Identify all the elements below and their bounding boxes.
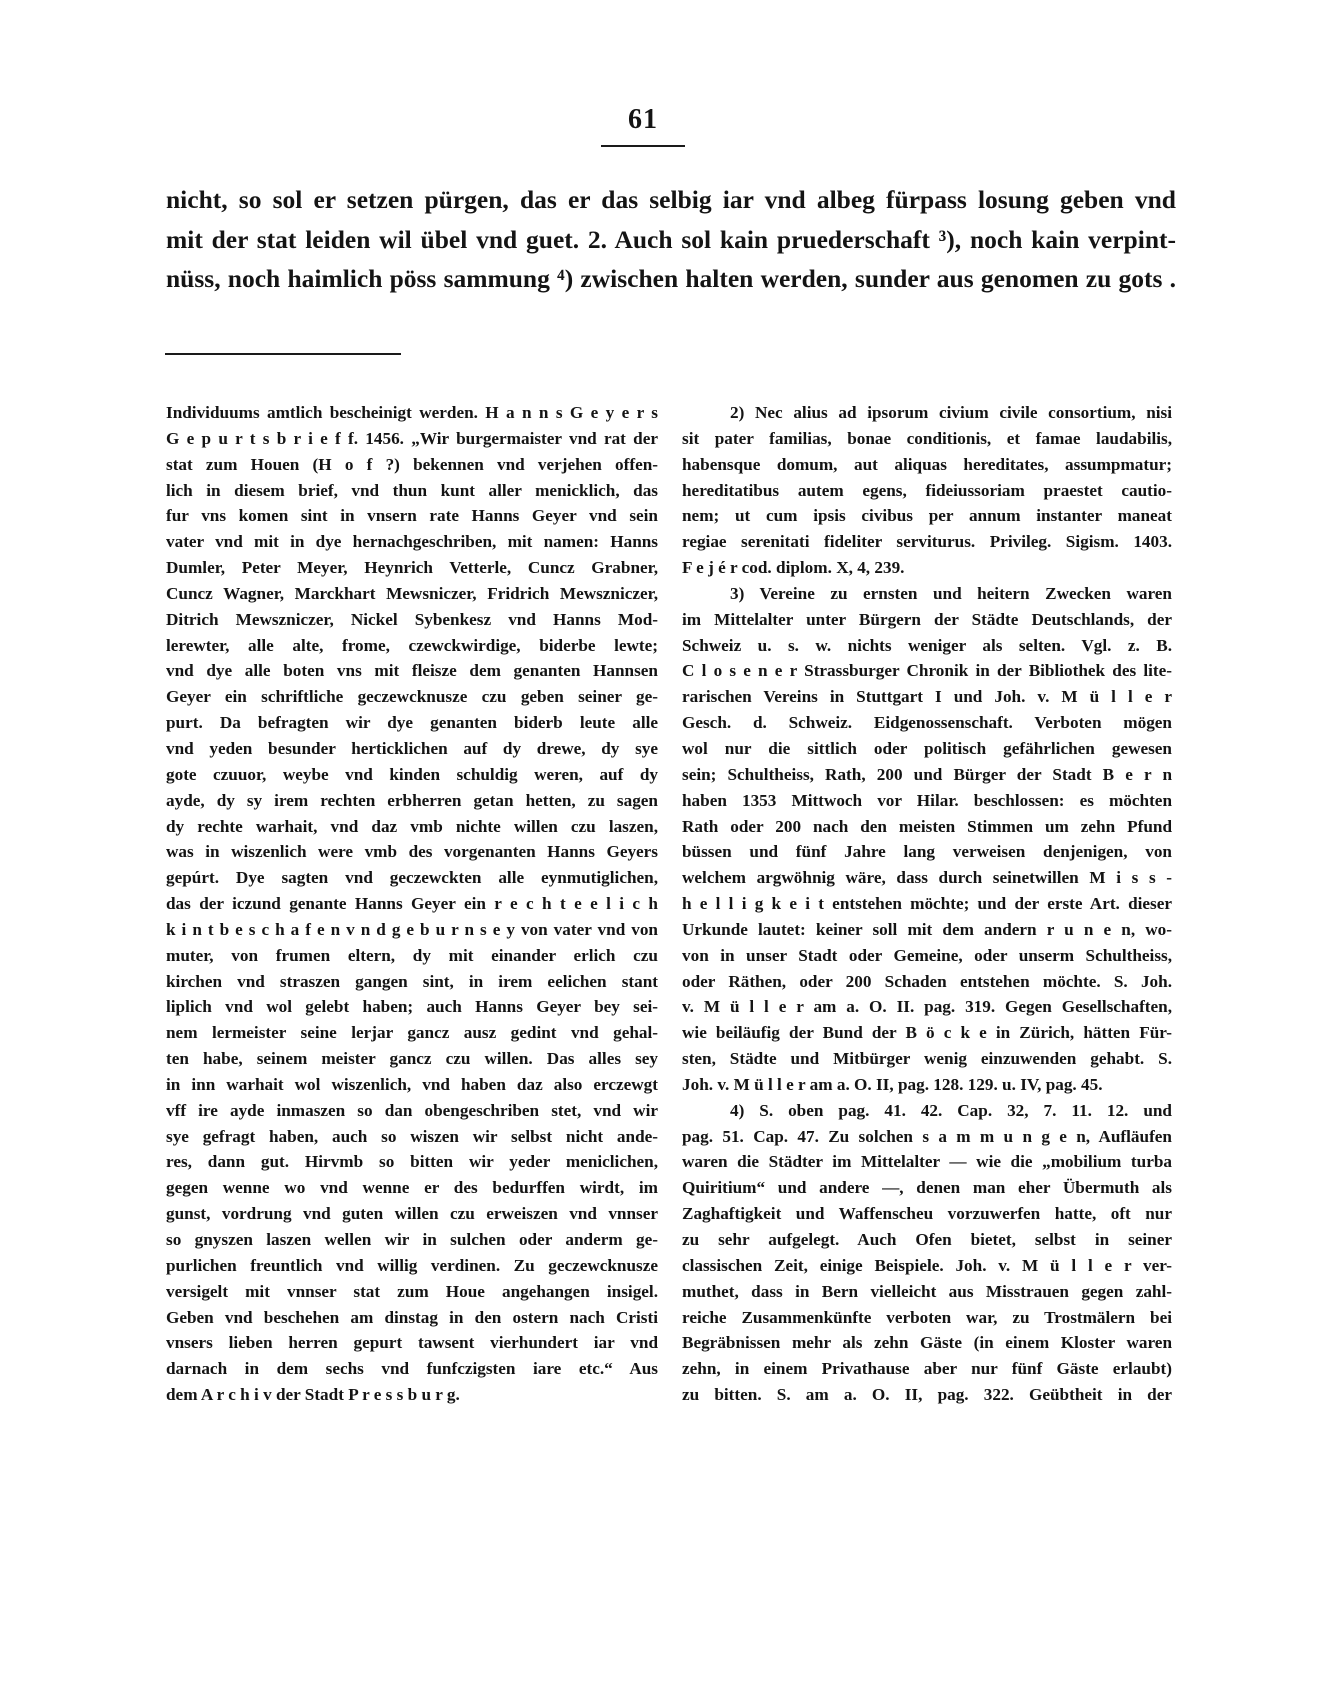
- footnote-line: Schweiz u. s. w. nichts weniger als selt…: [682, 633, 1172, 659]
- footnote-line: muter, von frumen eltern, dy mit einande…: [166, 943, 658, 969]
- footnote-line: pag. 51. Cap. 47. Zu solchen s a m m u n…: [682, 1124, 1172, 1150]
- footnote-line: liplich vnd wol gelebt haben; auch Hanns…: [166, 994, 658, 1020]
- footnote-line: wol nur die sittlich oder politisch gefä…: [682, 736, 1172, 762]
- footnote-line: büssen und fünf Jahre lang verweisen den…: [682, 839, 1172, 865]
- footnote-line: ten habe, seinem meister gancz czu wille…: [166, 1046, 658, 1072]
- footnote-line: Geyer ein schriftliche geczewcknusze czu…: [166, 684, 658, 710]
- footnote-line: zu sehr aufgelegt. Auch Ofen bietet, sel…: [682, 1227, 1172, 1253]
- footnote-line: gote czuuor, weybe vnd kinden schuldig w…: [166, 762, 658, 788]
- footnote-line: v. M ü l l e r am a. O. II. pag. 319. Ge…: [682, 994, 1172, 1020]
- footnote-line: fur vns komen sint in vnsern rate Hanns …: [166, 503, 658, 529]
- footnote-line: versigelt mit vnnser stat zum Houe angeh…: [166, 1279, 658, 1305]
- footnote-line: gunst, vordrung vnd guten willen czu erw…: [166, 1201, 658, 1227]
- footnote-line: habensque domum, aut aliquas hereditates…: [682, 452, 1172, 478]
- footnote-line: lerewter, alle alte, frome, czewckwirdig…: [166, 633, 658, 659]
- page-number: 61: [600, 104, 686, 136]
- footnote-line: im Mittelalter unter Bürgern der Städte …: [682, 607, 1172, 633]
- footnote-line: Zaghaftigkeit und Waffenscheu vorzuwerfe…: [682, 1201, 1172, 1227]
- footnote-line: vnd yeden besunder herticklichen auf dy …: [166, 736, 658, 762]
- footnote-line: in inn warhait wol wiszenlich, vnd haben…: [166, 1072, 658, 1098]
- main-text-line: nicht, so sol er setzen pürgen, das er d…: [166, 180, 1176, 220]
- footnote-line: hereditatibus autem egens, fideiussoriam…: [682, 478, 1172, 504]
- footnote-line: sye gefragt haben, auch so wiszen wir se…: [166, 1124, 658, 1150]
- footnote-line: F e j é r cod. diplom. X, 4, 239.: [682, 555, 1172, 581]
- main-text-line: nüss, noch haimlich pöss sammung ⁴) zwis…: [166, 259, 1176, 299]
- footnote-line: Urkunde lautet: keiner soll mit dem ande…: [682, 917, 1172, 943]
- footnote-line: Individuums amtlich bescheinigt werden. …: [166, 400, 658, 426]
- footnote-line: vnsers lieben herren gepurt tawsent vier…: [166, 1330, 658, 1356]
- footnote-line: lich in diesem brief, vnd thun kunt alle…: [166, 478, 658, 504]
- footnote-line: welchem argwöhnig wäre, dass durch seine…: [682, 865, 1172, 891]
- footnote-line: Joh. v. M ü l l e r am a. O. II, pag. 12…: [682, 1072, 1172, 1098]
- footnote-line: nem; ut cum ipsis civibus per annum inst…: [682, 503, 1172, 529]
- page-number-rule: [601, 145, 685, 147]
- footnote-line: dy rechte warhait, vnd daz vmb nichte wi…: [166, 814, 658, 840]
- footnote-line: Ditrich Mewszniczer, Nickel Sybenkesz vn…: [166, 607, 658, 633]
- footnote-line: C l o s e n e r Strassburger Chronik in …: [682, 658, 1172, 684]
- footnote-line: so gnyszen laszen wellen wir in sulchen …: [166, 1227, 658, 1253]
- footnote-line: muthet, dass in Bern vielleicht aus Miss…: [682, 1279, 1172, 1305]
- footnote-line: was in wiszenlich were vmb des vorgenant…: [166, 839, 658, 865]
- footnote-line: vff ire ayde inmaszen so dan obengeschri…: [166, 1098, 658, 1124]
- footnote-line: nem lermeister seine lerjar gancz ausz g…: [166, 1020, 658, 1046]
- footnote-line: sein; Schultheiss, Rath, 200 und Bürger …: [682, 762, 1172, 788]
- footnote-line: darnach in dem sechs vnd funfczigsten ia…: [166, 1356, 658, 1382]
- footnote-line: Quiritium“ und andere —, denen man eher …: [682, 1175, 1172, 1201]
- footnote-line: k i n t b e s c h a f e n v n d g e b u …: [166, 917, 658, 943]
- footnote-line: zu bitten. S. am a. O. II, pag. 322. Geü…: [682, 1382, 1172, 1408]
- footnote-line: ayde, dy sy irem rechten erbherren getan…: [166, 788, 658, 814]
- footnote-line: Geben vnd beschehen am dinstag in den os…: [166, 1305, 658, 1331]
- footnote-line: gegen wenne wo vnd wenne er des bedurffe…: [166, 1175, 658, 1201]
- footnote-line: purlichen freuntlich vnd willig verdinen…: [166, 1253, 658, 1279]
- footnote-line: Cuncz Wagner, Marckhart Mewsniczer, Frid…: [166, 581, 658, 607]
- footnote-line: haben 1353 Mittwoch vor Hilar. beschloss…: [682, 788, 1172, 814]
- footnote-line: G e p u r t s b r i e f f. 1456. „Wir bu…: [166, 426, 658, 452]
- footnotes-right-column: 2) Nec alius ad ipsorum civium civile co…: [682, 400, 1172, 1408]
- footnote-line: das der iczund genante Hanns Geyer ein r…: [166, 891, 658, 917]
- footnote-line: zehn, in einem Privathause aber nur fünf…: [682, 1356, 1172, 1382]
- footnote-line: 3) Vereine zu ernsten und heitern Zwecke…: [682, 581, 1172, 607]
- footnote-line: regiae serenitati fideliter serviturus. …: [682, 529, 1172, 555]
- footnote-line: Rath oder 200 nach den meisten Stimmen u…: [682, 814, 1172, 840]
- footnote-line: Gesch. d. Schweiz. Eidgenossenschaft. Ve…: [682, 710, 1172, 736]
- footnote-line: kirchen vnd straszen gangen sint, in ire…: [166, 969, 658, 995]
- footnote-line: oder Räthen, oder 200 Schaden entstehen …: [682, 969, 1172, 995]
- footnote-line: h e l l i g k e i t entstehen möchte; un…: [682, 891, 1172, 917]
- footnote-line: res, dann gut. Hirvmb so bitten wir yede…: [166, 1149, 658, 1175]
- footnote-line: wie beiläufig der Bund der B ö c k e in …: [682, 1020, 1172, 1046]
- footnote-line: rarischen Vereins in Stuttgart I und Joh…: [682, 684, 1172, 710]
- footnote-line: waren die Städter im Mittelalter — wie d…: [682, 1149, 1172, 1175]
- footnote-line: classischen Zeit, einige Beispiele. Joh.…: [682, 1253, 1172, 1279]
- footnote-line: von in unser Stadt oder Gemeine, oder un…: [682, 943, 1172, 969]
- footnote-line: sit pater familias, bonae conditionis, e…: [682, 426, 1172, 452]
- main-text-block: nicht, so sol er setzen pürgen, das er d…: [166, 180, 1176, 299]
- footnotes-left-column: Individuums amtlich bescheinigt werden. …: [166, 400, 658, 1408]
- main-text-line: mit der stat leiden wil übel vnd guet. 2…: [166, 220, 1176, 260]
- footnote-line: Dumler, Peter Meyer, Heynrich Vetterle, …: [166, 555, 658, 581]
- footnote-line: Begräbnissen mehr als zehn Gäste (in ein…: [682, 1330, 1172, 1356]
- footnote-line: vnd dye alle boten vns mit fleisze dem g…: [166, 658, 658, 684]
- footnote-line: 4) S. oben pag. 41. 42. Cap. 32, 7. 11. …: [682, 1098, 1172, 1124]
- footnote-line: purt. Da befragten wir dye genanten bide…: [166, 710, 658, 736]
- footnote-line: gepúrt. Dye sagten vnd geczewckten alle …: [166, 865, 658, 891]
- footnote-line: 2) Nec alius ad ipsorum civium civile co…: [682, 400, 1172, 426]
- footnote-line: vater vnd mit in dye hernachgeschriben, …: [166, 529, 658, 555]
- footnote-line: stat zum Houen (H o f ?) bekennen vnd ve…: [166, 452, 658, 478]
- footnote-line: reiche Zusammenkünfte verboten war, zu T…: [682, 1305, 1172, 1331]
- footnote-line: sten, Städte und Mitbürger wenig einzuwe…: [682, 1046, 1172, 1072]
- footnote-separator-rule: [165, 353, 401, 355]
- footnote-line: dem A r c h i v der Stadt P r e s s b u …: [166, 1382, 658, 1408]
